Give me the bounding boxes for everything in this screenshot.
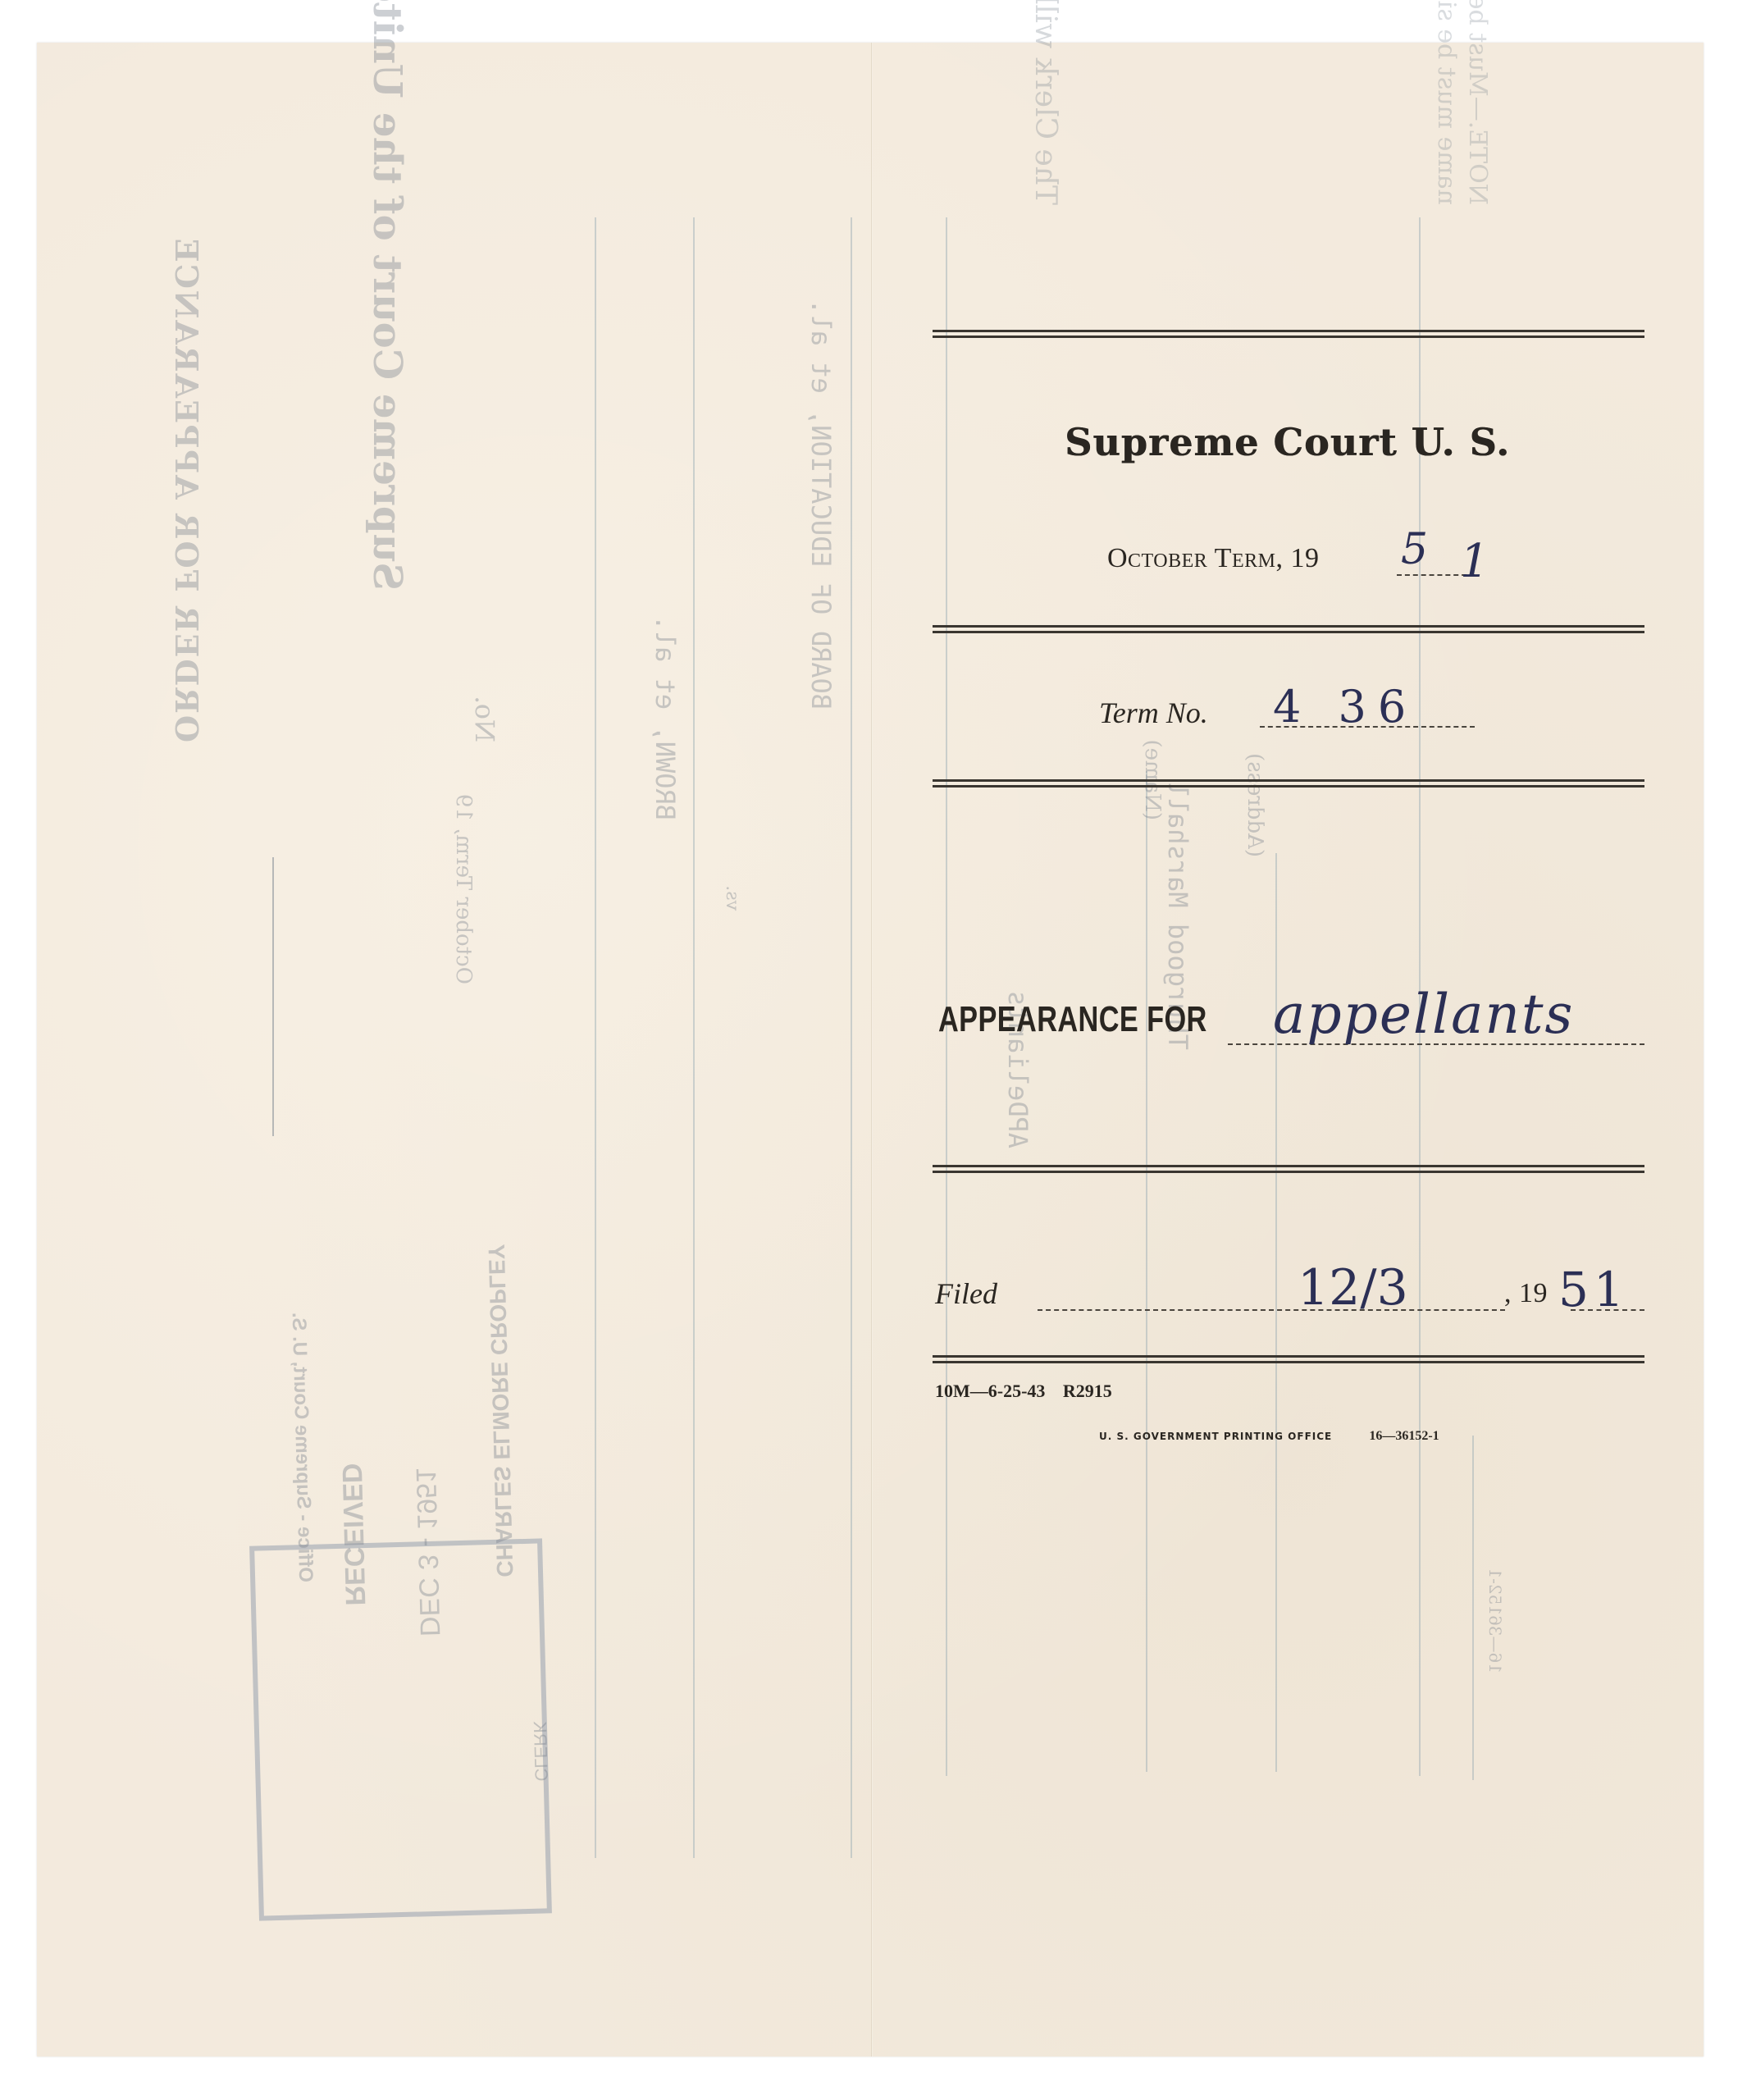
double-rule <box>933 1355 1644 1363</box>
ghost-address-label: (Address) <box>1243 753 1267 857</box>
ruled-line <box>851 217 852 1858</box>
appearance-hand: appellants <box>1273 983 1574 1046</box>
filed-date-hand: 12/3 <box>1298 1259 1408 1317</box>
term-no-label: Term No. <box>1099 696 1208 730</box>
double-rule <box>933 779 1644 787</box>
double-rule <box>933 330 1644 338</box>
ruled-line <box>946 217 947 1776</box>
ruled-line <box>1146 771 1147 1772</box>
ghost-no-label: No. <box>469 696 500 742</box>
ghost-october-term: October Term, 19 <box>451 794 476 984</box>
printer-code: 16—36152-1 <box>1369 1429 1439 1443</box>
filed-label: Filed <box>935 1276 997 1311</box>
ruled-line <box>1472 1436 1474 1780</box>
ghost-form-code: 16—36152-1 <box>1485 1568 1505 1673</box>
printer-name: U. S. GOVERNMENT PRINTING OFFICE <box>1099 1431 1332 1442</box>
ghost-note: NOTE.—Must be signed by a member of the … <box>1430 0 1493 205</box>
double-rule <box>933 1165 1644 1173</box>
filed-year-prefix: , 19 <box>1504 1278 1548 1309</box>
filed-date-field <box>1038 1309 1505 1311</box>
ghost-party-1: BROWN, et al. <box>650 615 681 820</box>
filed-year-hand: 51 <box>1558 1262 1629 1317</box>
ghost-clerk-note: The Clerk will enter my appearance as Co… <box>1029 0 1062 205</box>
stamp-date: DEC 3 - 1951 <box>409 1468 445 1637</box>
court-title: Supreme Court U. S. <box>1065 420 1510 464</box>
term-no-hand: 4 36 <box>1273 681 1417 733</box>
term-year-hand-5: 5 <box>1401 525 1428 574</box>
ruled-line <box>272 857 274 1136</box>
october-term-line: October Term, 19 <box>1107 543 1319 574</box>
fold-crease <box>871 43 873 2057</box>
ghost-court-name: Supreme Court of the United States <box>364 0 410 591</box>
term-year-hand-1: 1 <box>1460 535 1489 588</box>
ghost-party-2: BOARD OF EDUCATION, et al. <box>805 299 837 710</box>
form-code-text: 10M—6-25-43 <box>935 1381 1045 1401</box>
ruled-line <box>693 217 695 1858</box>
ghost-versus: vs. <box>722 885 742 911</box>
stamp-status: RECEIVED <box>335 1463 371 1606</box>
form-revision: R2915 <box>1063 1381 1112 1401</box>
form-code: 10M—6-25-43 R2915 <box>935 1381 1112 1402</box>
received-stamp: CHARLES ELMORE CROPLEY CLERK DEC 3 - 195… <box>249 1538 552 1920</box>
ghost-order-title: ORDER FOR APPEARANCE <box>168 237 205 742</box>
appearance-label: APPEARANCE FOR <box>938 999 1207 1040</box>
double-rule <box>933 625 1644 633</box>
ruled-line <box>595 217 596 1858</box>
term-label: October Term, 19 <box>1107 543 1319 573</box>
filed-year-prefix-text: , 19 <box>1504 1278 1548 1308</box>
stamp-clerk-title: CLERK <box>529 1721 552 1782</box>
printer-imprint: U. S. GOVERNMENT PRINTING OFFICE 16—3615… <box>1099 1427 1439 1444</box>
